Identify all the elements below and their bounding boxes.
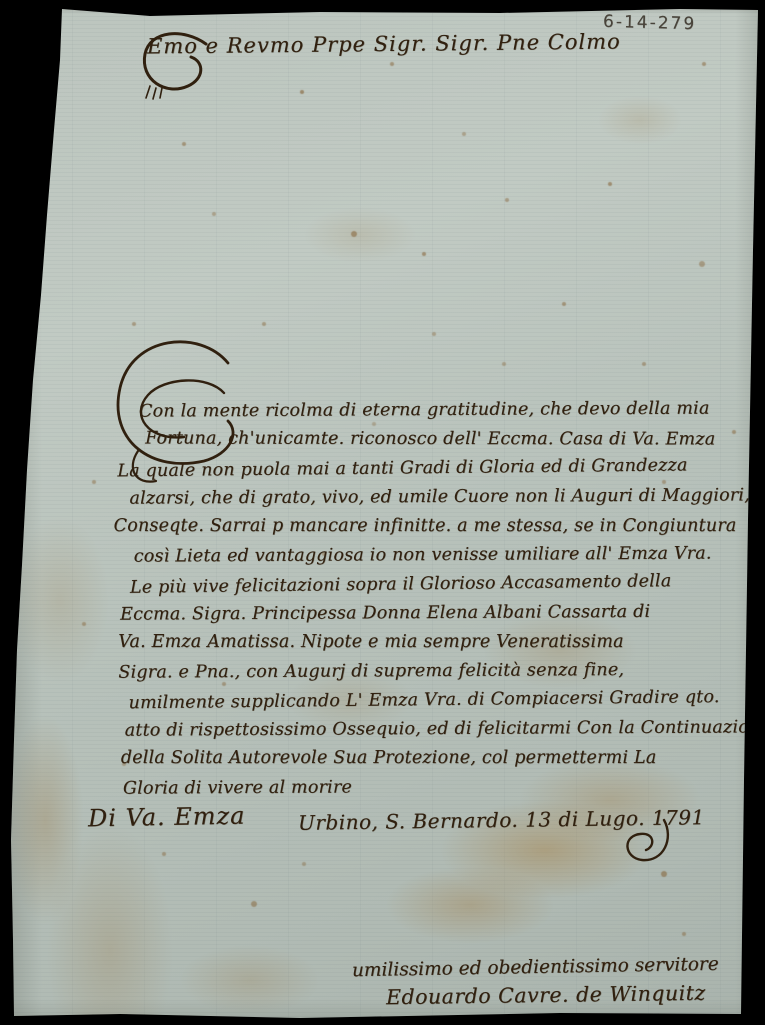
body-line: Eccma. Sigra. Principessa Donna Elena Al… (112, 597, 765, 629)
catalog-number: 6-14-279 (603, 12, 697, 34)
body-line: Gloria di vivere al morire (113, 771, 765, 803)
closing-courtesy-line: umilissimo ed obedientissimo servitore (352, 954, 719, 981)
photographed-manuscript: Emo e Revmo Prpe Sigr. Sigr. Pne Colmo C… (0, 0, 765, 1025)
salutation-line: Emo e Revmo Prpe Sigr. Sigr. Pne Colmo (147, 30, 621, 59)
body-line: della Solita Autorevole Sua Protezione, … (113, 744, 765, 773)
letter-sheet: Emo e Revmo Prpe Sigr. Sigr. Pne Colmo C… (0, 0, 765, 1025)
foxing-specks (0, 0, 4, 4)
valediction: Di Va. Emza (88, 802, 246, 833)
body-line: Conseqte. Sarrai p mancare infinitte. a … (112, 512, 765, 541)
place-and-date-line: Urbino, S. Bernardo. 13 di Lugo. 1791 (298, 805, 705, 835)
body-line: atto di rispettosissimo Ossequio, ed di … (113, 713, 765, 745)
body-line: Con la mente ricolma di eterna gratitudi… (111, 394, 765, 426)
letter-body: Con la mente ricolma di eterna gratitudi… (111, 394, 765, 803)
body-line: Fortuna, ch'unicamte. riconosco dell' Ec… (111, 424, 765, 454)
body-line: Va. Emza Amatissa. Nipote e mia sempre V… (112, 628, 765, 657)
body-line: alzarsi, che di grato, vivo, ed umile Cu… (111, 481, 765, 513)
signature-line: Edouardo Cavre. de Winquitz (386, 981, 706, 1009)
